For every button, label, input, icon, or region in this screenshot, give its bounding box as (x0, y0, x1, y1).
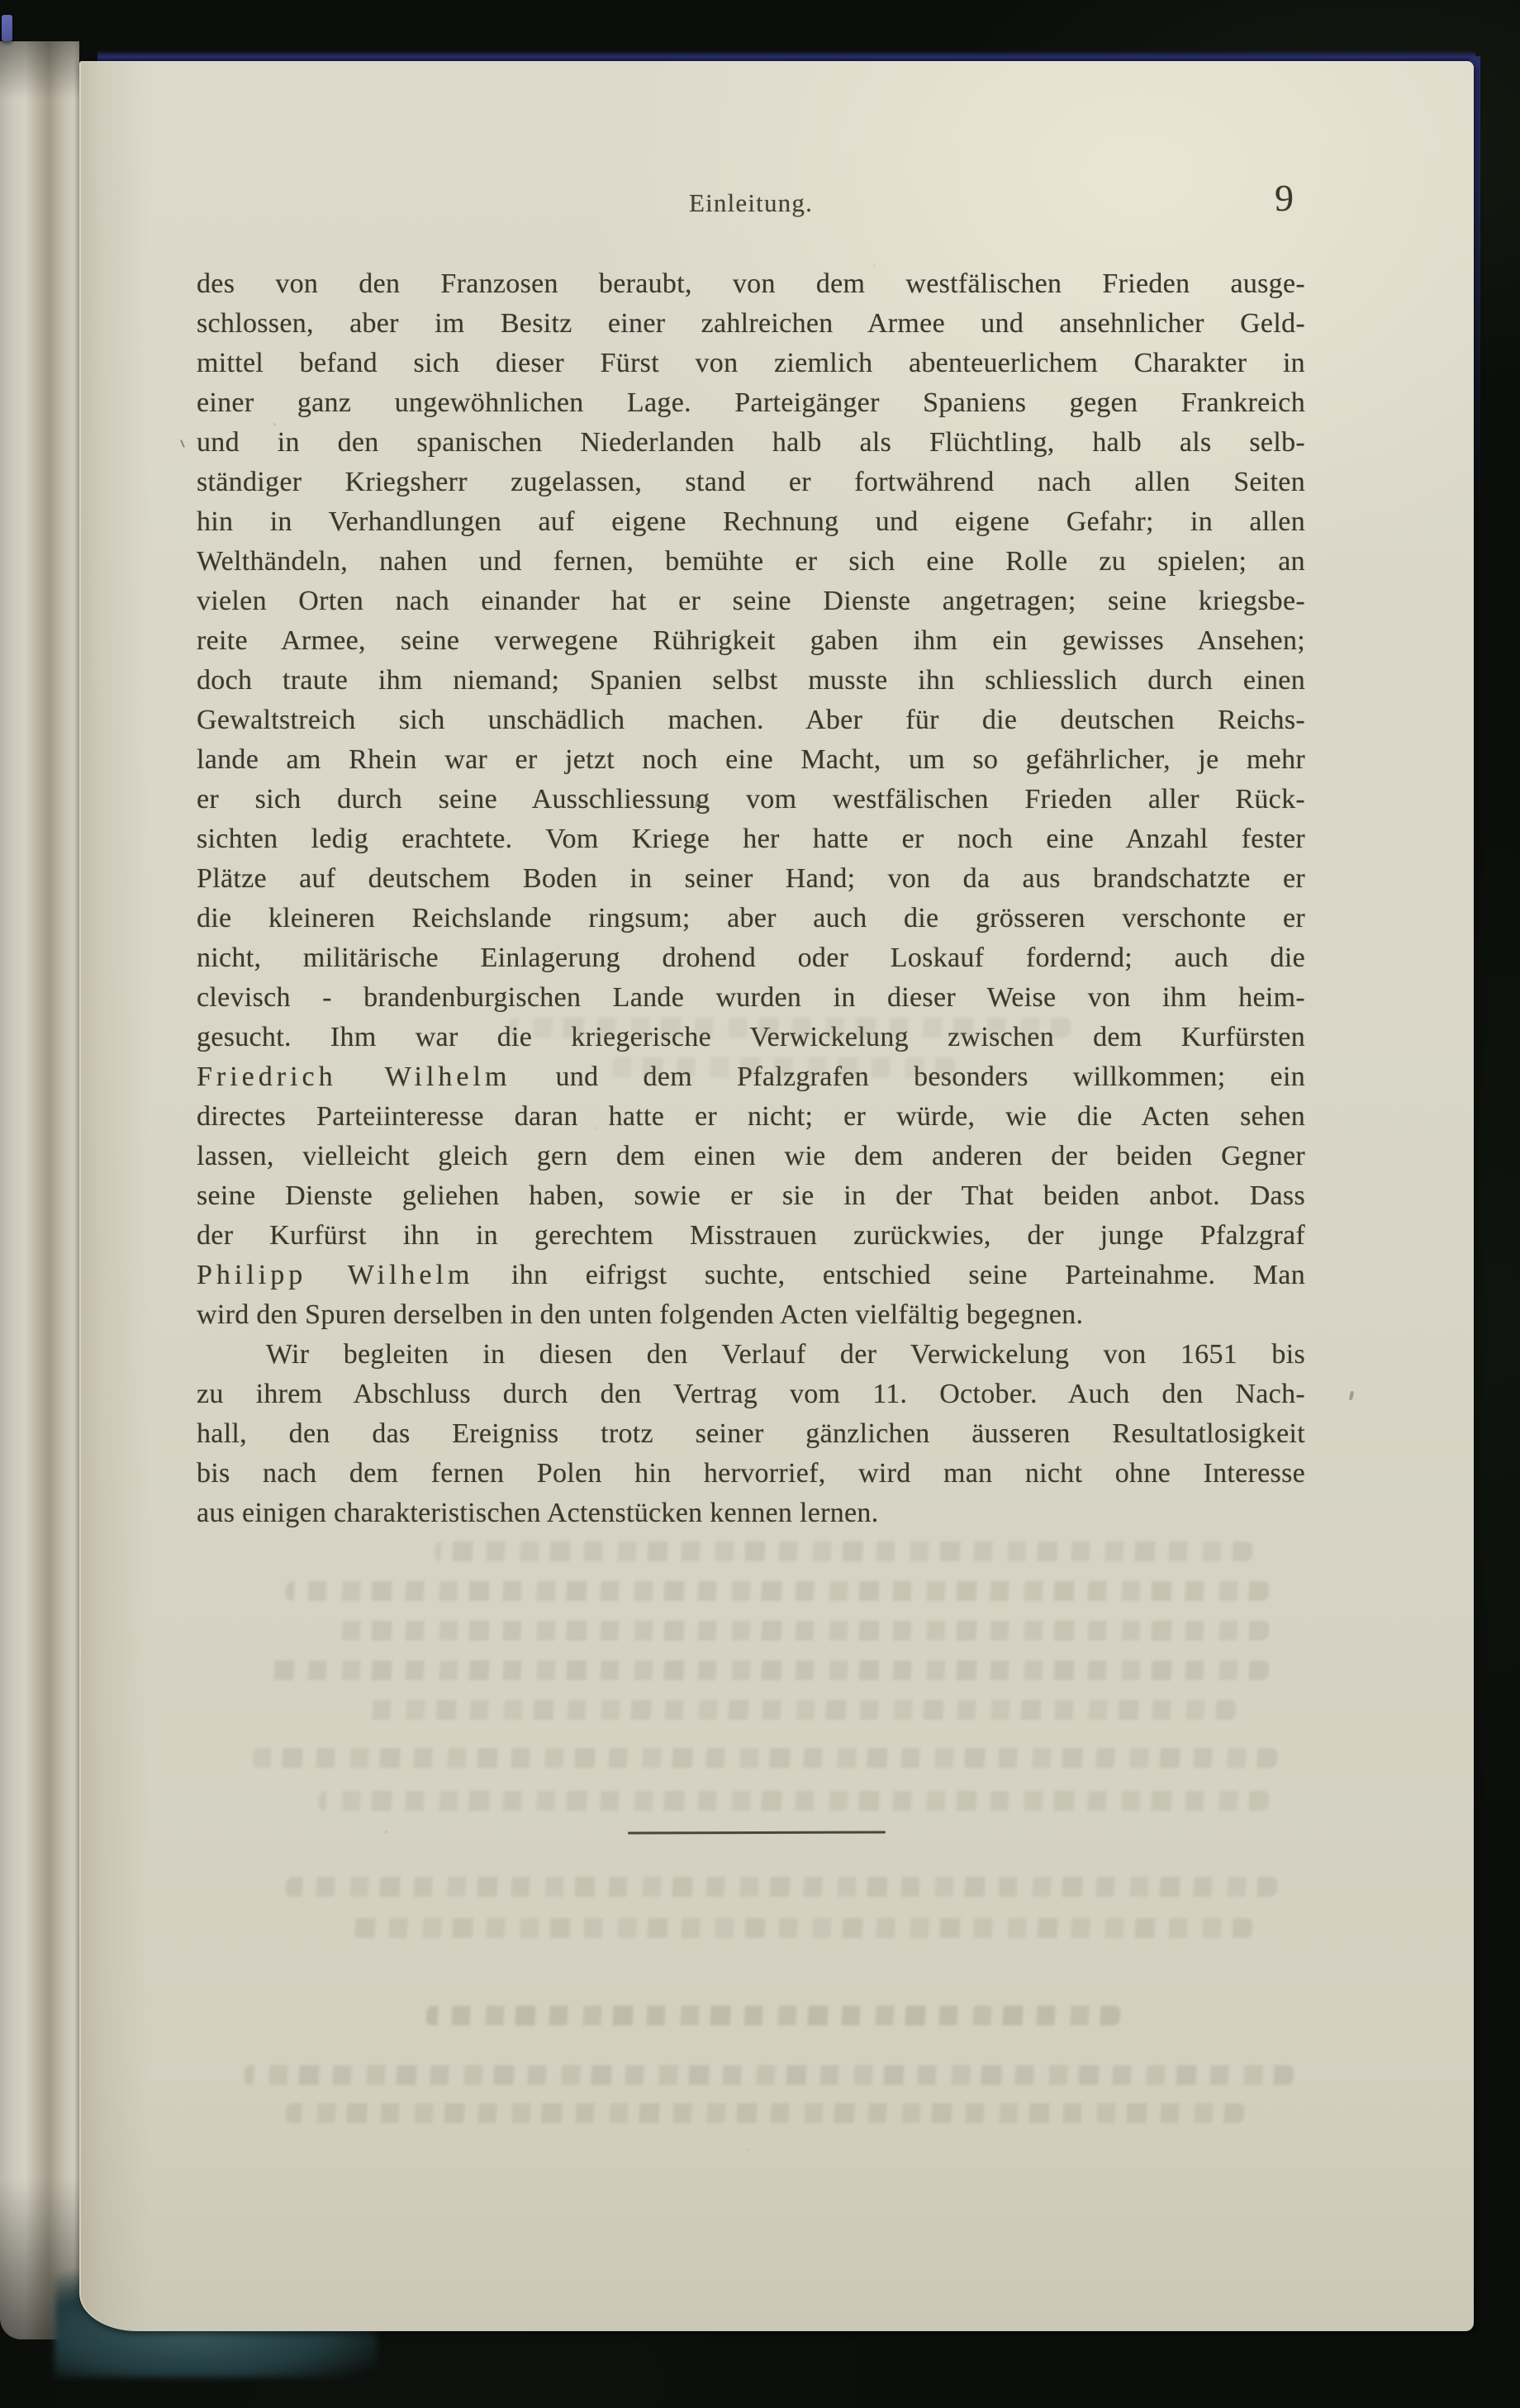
text-line: hin in Verhandlungen auf eigene Rechnung… (197, 502, 1305, 542)
text-column: des von den Franzosen beraubt, von dem w… (197, 264, 1305, 1533)
show-through-line (351, 1918, 1252, 1938)
show-through-line (326, 1621, 1269, 1641)
book-scan: Einleitung. 9 des von den Franzosen bera… (0, 0, 1520, 2408)
ink-artifact (1349, 1391, 1354, 1401)
text-line: Philipp Wilhelm ihn eifrigst suchte, ent… (197, 1256, 1305, 1295)
show-through-line (285, 2103, 1244, 2123)
text-line: mittel befand sich dieser Fürst von ziem… (197, 344, 1305, 383)
text-line: lassen, vielleicht gleich gern dem einen… (197, 1137, 1305, 1176)
text-line: der Kurfürst ihn in gerechtem Misstrauen… (197, 1216, 1305, 1256)
text-line: zu ihrem Abschluss durch den Vertrag vom… (197, 1375, 1305, 1414)
text-line: er sich durch seine Ausschliessung vom w… (197, 780, 1305, 819)
text-line: clevisch - brandenburgischen Lande wurde… (197, 978, 1305, 1018)
text-line: nicht, militärische Einlagerung drohend … (197, 938, 1305, 978)
text-line: doch traute ihm niemand; Spanien selbst … (197, 661, 1305, 701)
show-through-line (285, 1877, 1277, 1897)
text-line: sichten ledig erachtete. Vom Kriege her … (197, 819, 1305, 859)
page-header-title: Einleitung. (197, 185, 1305, 221)
text-line: ständiger Kriegsherr zugelassen, stand e… (197, 463, 1305, 502)
text-line: directes Parteiinteresse daran hatte er … (197, 1097, 1305, 1137)
letterspaced-name: Friedrich Wilhelm (197, 1062, 511, 1092)
text-line: bis nach dem fernen Polen hin hervorrief… (197, 1454, 1305, 1494)
show-through-line (244, 2065, 1294, 2085)
show-through-line (268, 1660, 1269, 1680)
show-through-line (508, 1018, 1071, 1038)
book-cover-edge-top (97, 50, 1475, 62)
text-line: Welthändeln, nahen und fernen, bemühte e… (197, 542, 1305, 582)
show-through-line (252, 1748, 1277, 1768)
text-line: hall, den das Ereigniss trotz seiner gän… (197, 1414, 1305, 1454)
text-line: und in den spanischen Niederlanden halb … (197, 423, 1305, 463)
text-line: Plätze auf deutschem Boden in seiner Han… (197, 859, 1305, 899)
text-line: schlossen, aber im Besitz einer zahlreic… (197, 304, 1305, 344)
show-through-line (434, 1541, 1252, 1561)
text-line: wird den Spuren derselben in den unten f… (197, 1295, 1305, 1335)
show-through-line (425, 2006, 1120, 2026)
text-line: Gewaltstreich sich unschädlich machen. A… (197, 701, 1305, 740)
text-line: aus einigen charakteristischen Actenstüc… (197, 1494, 1305, 1533)
page-stack-edge (0, 41, 79, 2339)
text-line: die kleineren Reichslande ringsum; aber … (197, 899, 1305, 938)
ink-artifact (180, 439, 185, 448)
page-number: 9 (1275, 177, 1294, 220)
text-line: seine Dienste geliehen haben, sowie er s… (197, 1176, 1305, 1216)
show-through-line (285, 1581, 1269, 1601)
text-line: einer ganz ungewöhnlichen Lage. Parteigä… (197, 383, 1305, 423)
text-line: vielen Orten nach einander hat er seine … (197, 582, 1305, 621)
text-line: lande am Rhein war er jetzt noch eine Ma… (197, 740, 1305, 780)
book-page: Einleitung. 9 des von den Franzosen bera… (79, 61, 1474, 2331)
page-header: Einleitung. 9 (197, 185, 1305, 231)
show-through-line (318, 1791, 1269, 1811)
binding-thread (2, 15, 12, 41)
section-divider-rule (628, 1831, 886, 1834)
letterspaced-name: Philipp Wilhelm (197, 1260, 473, 1290)
text-line: des von den Franzosen beraubt, von dem w… (197, 264, 1305, 304)
show-through-line (359, 1700, 1236, 1720)
text-line: Wir begleiten in diesen den Verlauf der … (197, 1335, 1305, 1375)
show-through-line (607, 1057, 955, 1077)
text-line: reite Armee, seine verwegene Rührigkeit … (197, 621, 1305, 661)
